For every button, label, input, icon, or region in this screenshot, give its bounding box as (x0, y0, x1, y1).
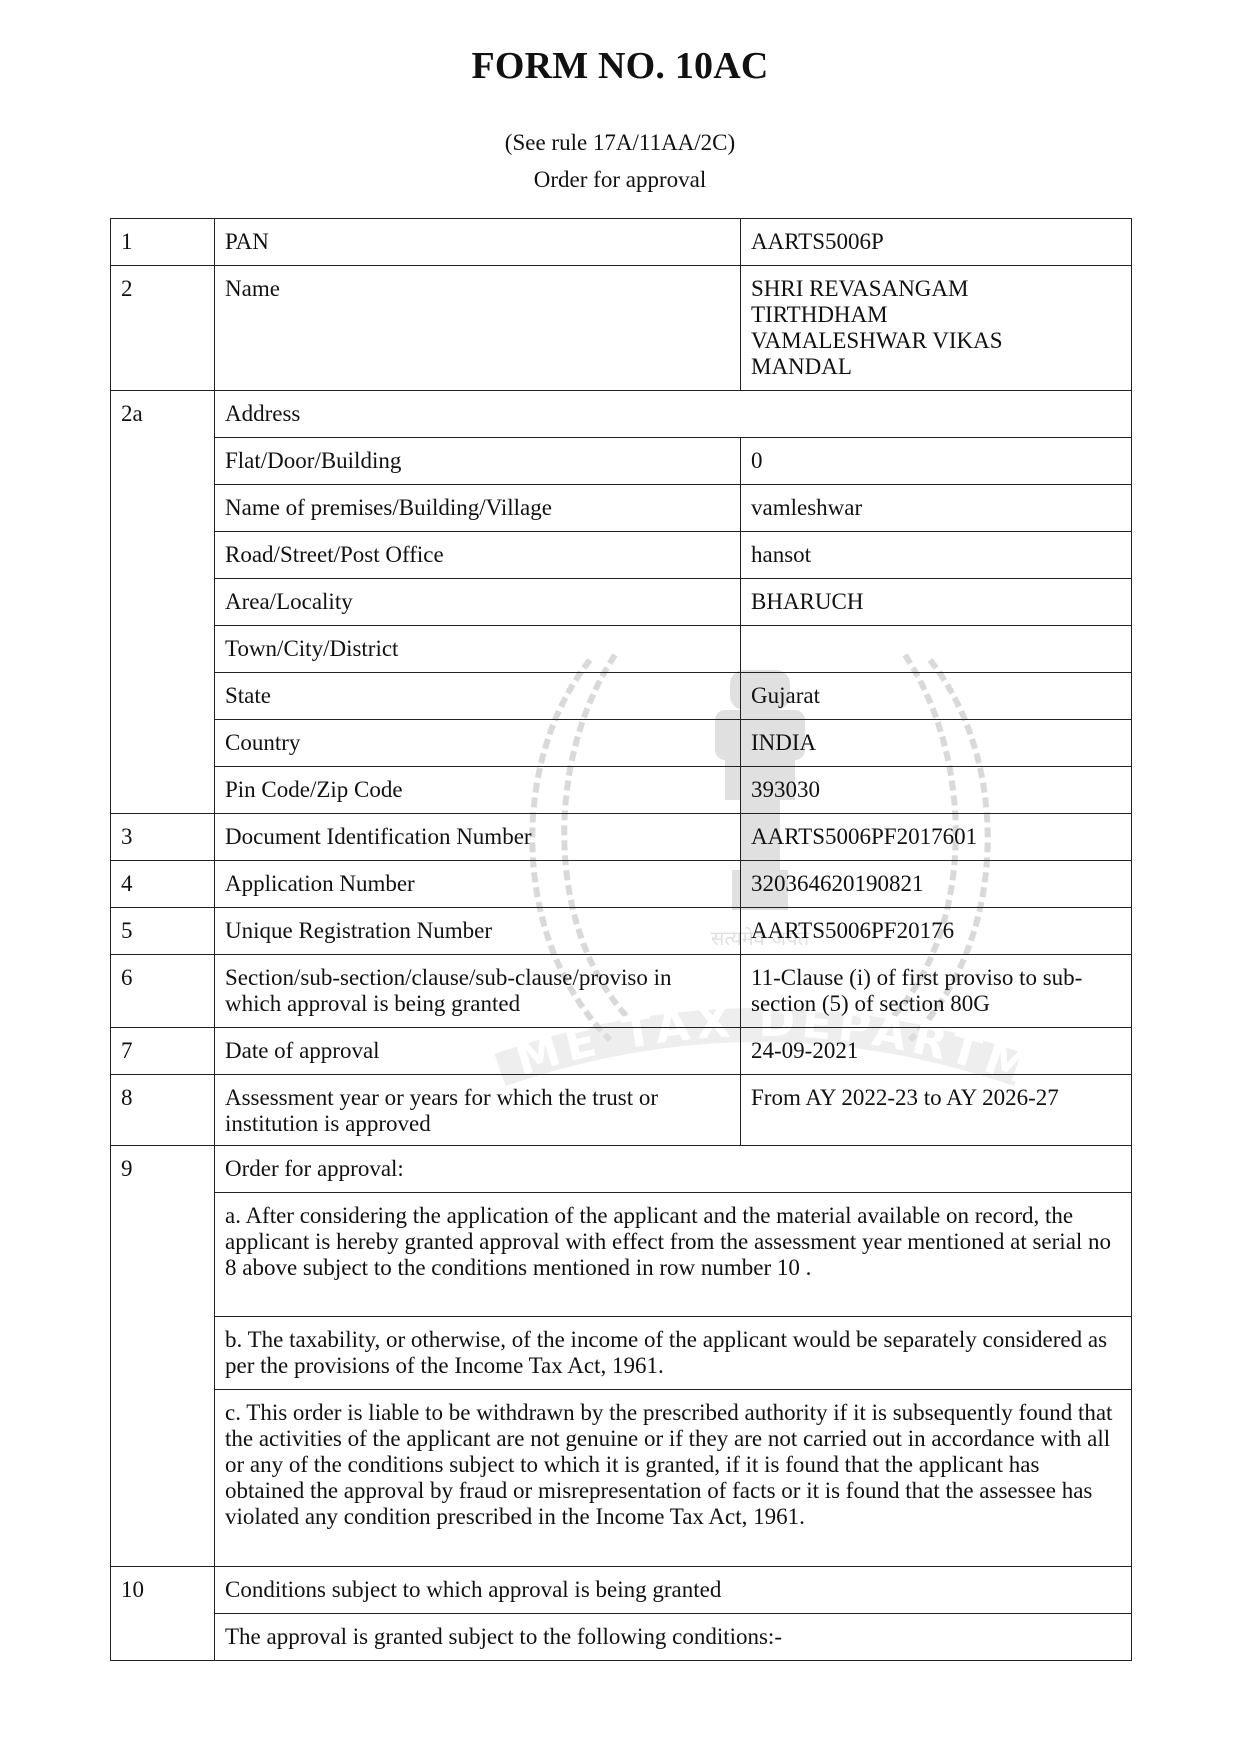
address-row: Town/City/District (111, 626, 1132, 673)
address-row: Flat/Door/Building 0 (111, 438, 1132, 485)
conditions-text: The approval is granted subject to the f… (215, 1614, 1132, 1661)
field-value-application-number: 320364620190821 (741, 861, 1132, 908)
address-label: Name of premises/Building/Village (215, 485, 741, 532)
address-row: Pin Code/Zip Code 393030 (111, 767, 1132, 814)
table-row-conditions: 10 Conditions subject to which approval … (111, 1567, 1132, 1614)
name-line: MANDAL (751, 354, 1121, 380)
field-value-name: SHRI REVASANGAM TIRTHDHAM VAMALESHWAR VI… (741, 266, 1132, 391)
serial-number: 7 (111, 1028, 215, 1075)
field-label-document-id: Document Identification Number (215, 814, 741, 861)
name-line: SHRI REVASANGAM (751, 276, 1121, 302)
order-paragraph-row: b. The taxability, or otherwise, of the … (111, 1317, 1132, 1390)
serial-number: 2 (111, 266, 215, 391)
address-label: Pin Code/Zip Code (215, 767, 741, 814)
field-label-application-number: Application Number (215, 861, 741, 908)
address-value (741, 626, 1132, 673)
table-row-address: 2a Address (111, 391, 1132, 438)
address-value: vamleshwar (741, 485, 1132, 532)
address-label: Flat/Door/Building (215, 438, 741, 485)
field-label-order: Order for approval: (215, 1146, 1132, 1193)
order-paragraph-row: c. This order is liable to be withdrawn … (111, 1390, 1132, 1567)
table-row-document-id: 3 Document Identification Number AARTS50… (111, 814, 1132, 861)
address-value: BHARUCH (741, 579, 1132, 626)
address-row: State Gujarat (111, 673, 1132, 720)
serial-number: 6 (111, 955, 215, 1028)
address-label: Road/Street/Post Office (215, 532, 741, 579)
address-value: 0 (741, 438, 1132, 485)
serial-number: 10 (111, 1567, 215, 1661)
serial-number: 8 (111, 1075, 215, 1146)
order-paragraph-row: a. After considering the application of … (111, 1193, 1132, 1317)
address-row: Area/Locality BHARUCH (111, 579, 1132, 626)
conditions-text-row: The approval is granted subject to the f… (111, 1614, 1132, 1661)
field-value-pan: AARTS5006P (741, 219, 1132, 266)
field-label-approval-date: Date of approval (215, 1028, 741, 1075)
address-label: Town/City/District (215, 626, 741, 673)
address-row: Name of premises/Building/Village vamles… (111, 485, 1132, 532)
field-label-conditions: Conditions subject to which approval is … (215, 1567, 1132, 1614)
field-label-pan: PAN (215, 219, 741, 266)
serial-number: 4 (111, 861, 215, 908)
approval-form-table: 1 PAN AARTS5006P 2 Name SHRI REVASANGAM … (110, 218, 1132, 1661)
address-row: Road/Street/Post Office hansot (111, 532, 1132, 579)
field-label-address: Address (215, 391, 1132, 438)
table-row-name: 2 Name SHRI REVASANGAM TIRTHDHAM VAMALES… (111, 266, 1132, 391)
address-value: Gujarat (741, 673, 1132, 720)
order-paragraph-a: a. After considering the application of … (215, 1193, 1132, 1317)
rule-reference: (See rule 17A/11AA/2C) (0, 130, 1240, 156)
field-label-section: Section/sub-section/clause/sub-clause/pr… (215, 955, 741, 1028)
order-paragraph-b: b. The taxability, or otherwise, of the … (215, 1317, 1132, 1390)
address-row: Country INDIA (111, 720, 1132, 767)
field-value-registration-number: AARTS5006PF20176 (741, 908, 1132, 955)
field-value-assessment-years: From AY 2022-23 to AY 2026-27 (741, 1075, 1132, 1146)
table-row-order: 9 Order for approval: (111, 1146, 1132, 1193)
name-line: TIRTHDHAM (751, 302, 1121, 328)
serial-number: 9 (111, 1146, 215, 1567)
table-row-approval-date: 7 Date of approval 24-09-2021 (111, 1028, 1132, 1075)
address-value: INDIA (741, 720, 1132, 767)
serial-number: 1 (111, 219, 215, 266)
field-label-assessment-years: Assessment year or years for which the t… (215, 1075, 741, 1146)
name-line: VAMALESHWAR VIKAS (751, 328, 1121, 354)
form-subtitle: Order for approval (0, 167, 1240, 193)
form-title: FORM NO. 10AC (0, 44, 1240, 88)
serial-number: 3 (111, 814, 215, 861)
table-row-registration-number: 5 Unique Registration Number AARTS5006PF… (111, 908, 1132, 955)
serial-number: 2a (111, 391, 215, 814)
address-label: State (215, 673, 741, 720)
address-label: Country (215, 720, 741, 767)
table-row-pan: 1 PAN AARTS5006P (111, 219, 1132, 266)
field-value-document-id: AARTS5006PF2017601 (741, 814, 1132, 861)
order-paragraph-c: c. This order is liable to be withdrawn … (215, 1390, 1132, 1567)
address-label: Area/Locality (215, 579, 741, 626)
field-value-section: 11-Clause (i) of first proviso to sub-se… (741, 955, 1132, 1028)
address-value: 393030 (741, 767, 1132, 814)
serial-number: 5 (111, 908, 215, 955)
field-label-name: Name (215, 266, 741, 391)
field-value-approval-date: 24-09-2021 (741, 1028, 1132, 1075)
address-value: hansot (741, 532, 1132, 579)
table-row-assessment-years: 8 Assessment year or years for which the… (111, 1075, 1132, 1146)
field-label-registration-number: Unique Registration Number (215, 908, 741, 955)
table-row-section: 6 Section/sub-section/clause/sub-clause/… (111, 955, 1132, 1028)
table-row-application-number: 4 Application Number 320364620190821 (111, 861, 1132, 908)
